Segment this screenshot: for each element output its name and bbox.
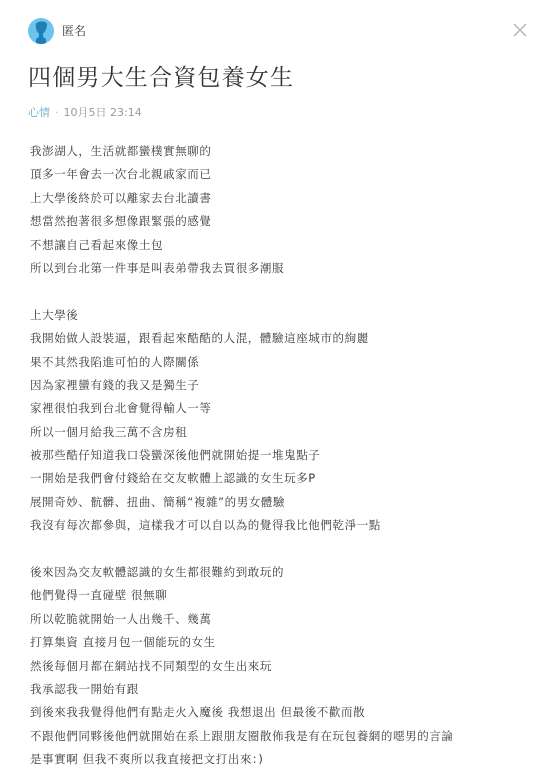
anonymous-avatar-icon[interactable] <box>28 18 54 44</box>
post-title: 四個男大生合資包養女生 <box>28 63 294 93</box>
content-line: 我承認我一開始有跟 <box>30 678 540 701</box>
content-line: 頂多一年會去一次台北親戚家而已 <box>30 163 540 186</box>
content-line: 不想讓自己看起來像土包 <box>30 234 540 257</box>
close-button[interactable] <box>511 21 529 39</box>
content-line: 因為家裡蠻有錢的我又是獨生子 <box>30 374 540 397</box>
content-line: 所以乾脆就開始一人出幾千、幾萬 <box>30 608 540 631</box>
author-name: 匿名 <box>62 24 86 38</box>
paragraph-break <box>30 280 540 303</box>
content-line: 上大學後終於可以離家去台北讀書 <box>30 187 540 210</box>
content-line: 到後來我我覺得他們有點走火入魔後 我想退出 但最後不歡而散 <box>30 701 540 724</box>
paragraph-break <box>30 538 540 561</box>
content-line: 他們覺得一直碰壁 很無聊 <box>30 584 540 607</box>
content-line: 然後每個月都在網站找不同類型的女生出來玩 <box>30 655 540 678</box>
close-icon <box>511 21 529 39</box>
content-line: 後來因為交友軟體認識的女生都很難約到敢玩的 <box>30 561 540 584</box>
content-line: 一開始是我們會付錢給在交友軟體上認識的女生玩多P <box>30 467 540 490</box>
content-line: 家裡很怕我到台北會覺得輸人一等 <box>30 397 540 420</box>
content-line: 果不其然我陷進可怕的人際關係 <box>30 351 540 374</box>
content-line: 展開奇妙、骯髒、扭曲、簡稱“複雜”的男女體驗 <box>30 491 540 514</box>
content-line: 我開始做人設裝逼，跟看起來酷酷的人混，體驗這座城市的絢麗 <box>30 327 540 350</box>
post-meta: 心情·10月5日 23:14 <box>28 106 142 120</box>
meta-separator: · <box>55 106 59 119</box>
content-line: 我沒有每次都參與，這樣我才可以自以為的覺得我比他們乾淨一點 <box>30 514 540 537</box>
content-line: 被那些酷仔知道我口袋蠻深後他們就開始提一堆鬼點子 <box>30 444 540 467</box>
content-line: 所以到台北第一件事是叫表弟帶我去買很多潮服 <box>30 257 540 280</box>
content-line: 我澎湖人，生活就都蠻樸實無聊的 <box>30 140 540 163</box>
forum-link[interactable]: 心情 <box>28 106 50 119</box>
post-timestamp: 10月5日 23:14 <box>64 106 142 119</box>
post-content: 我澎湖人，生活就都蠻樸實無聊的 頂多一年會去一次台北親戚家而已 上大學後終於可以… <box>30 140 540 769</box>
content-line: 想當然抱著很多想像跟緊張的感覺 <box>30 210 540 233</box>
content-line: 上大學後 <box>30 304 540 327</box>
content-line: 是事實啊 但我不爽所以我直接把文打出來：) <box>30 748 540 769</box>
content-line: 不跟他們同夥後他們就開始在系上跟朋友圈散佈我是有在玩包養網的噁男的言論 <box>30 725 540 748</box>
post-header: 匿名 <box>28 18 86 44</box>
content-line: 打算集資 直接月包一個能玩的女生 <box>30 631 540 654</box>
content-line: 所以一個月給我三萬不含房租 <box>30 421 540 444</box>
